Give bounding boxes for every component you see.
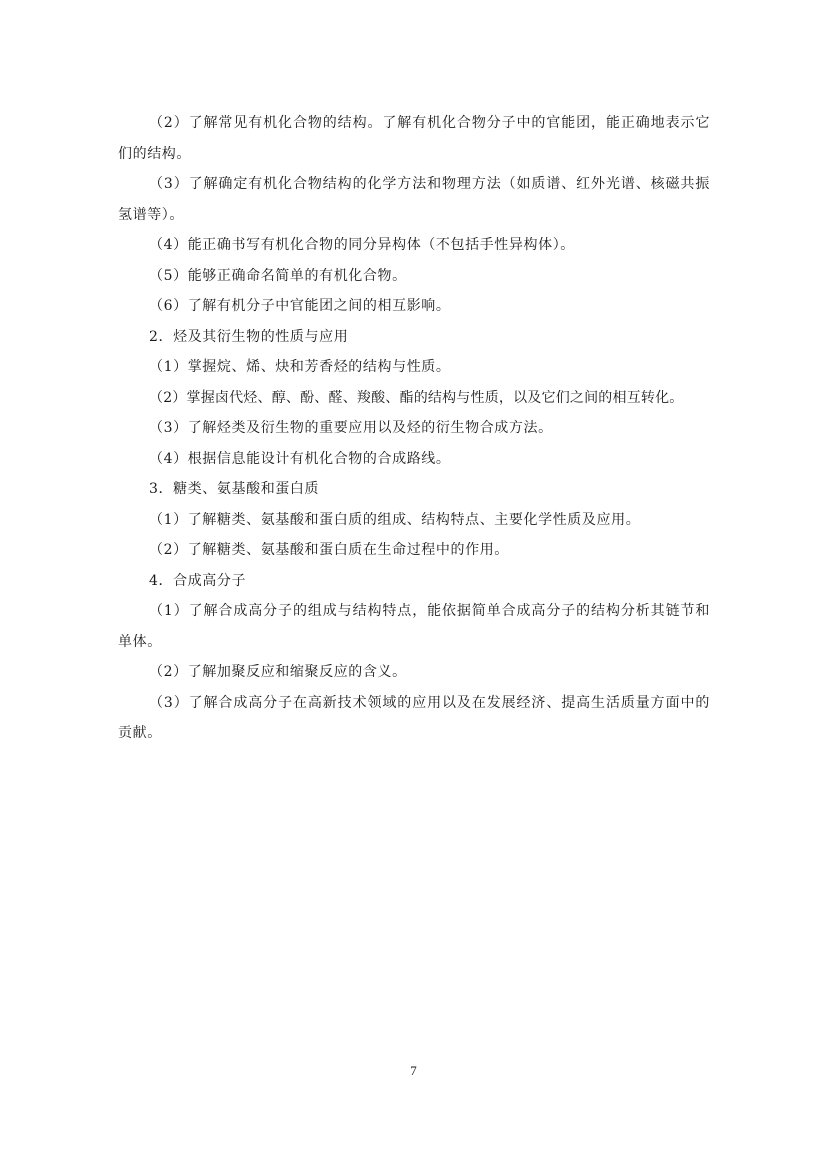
paragraph-2-structure: （2）了解常见有机化合物的结构。了解有机化合物分子中的官能团，能正确地表示它们的… xyxy=(118,108,710,169)
paragraph-hydrocarbons-1: （1）掌握烷、烯、炔和芳香烃的结构与性质。 xyxy=(118,352,710,383)
section-heading-2: 2．烃及其衍生物的性质与应用 xyxy=(118,322,710,353)
paragraph-polymers-3: （3）了解合成高分子在高新技术领域的应用以及在发展经济、提高生活质量方面中的贡献… xyxy=(118,688,710,749)
paragraph-sugars-1: （1）了解糖类、氨基酸和蛋白质的组成、结构特点、主要化学性质及应用。 xyxy=(118,505,710,536)
document-page: （2）了解常见有机化合物的结构。了解有机化合物分子中的官能团，能正确地表示它们的… xyxy=(0,0,827,1169)
paragraph-4-isomers: （4）能正确书写有机化合物的同分异构体（不包括手性异构体）。 xyxy=(118,230,710,261)
paragraph-hydrocarbons-2: （2）掌握卤代烃、醇、酚、醛、羧酸、酯的结构与性质，以及它们之间的相互转化。 xyxy=(118,383,710,414)
paragraph-3-methods: （3）了解确定有机化合物结构的化学方法和物理方法（如质谱、红外光谱、核磁共振氢谱… xyxy=(118,169,710,230)
paragraph-polymers-2: （2）了解加聚反应和缩聚反应的含义。 xyxy=(118,657,710,688)
section-heading-4: 4．合成高分子 xyxy=(118,566,710,597)
document-body: （2）了解常见有机化合物的结构。了解有机化合物分子中的官能团，能正确地表示它们的… xyxy=(118,108,710,749)
paragraph-5-naming: （5）能够正确命名简单的有机化合物。 xyxy=(118,261,710,292)
page-number: 7 xyxy=(0,1063,827,1079)
paragraph-sugars-2: （2）了解糖类、氨基酸和蛋白质在生命过程中的作用。 xyxy=(118,535,710,566)
paragraph-hydrocarbons-3: （3）了解烃类及衍生物的重要应用以及烃的衍生物合成方法。 xyxy=(118,413,710,444)
section-heading-3: 3．糖类、氨基酸和蛋白质 xyxy=(118,474,710,505)
paragraph-hydrocarbons-4: （4）根据信息能设计有机化合物的合成路线。 xyxy=(118,444,710,475)
paragraph-6-interaction: （6）了解有机分子中官能团之间的相互影响。 xyxy=(118,291,710,322)
paragraph-polymers-1: （1）了解合成高分子的组成与结构特点，能依据简单合成高分子的结构分析其链节和单体… xyxy=(118,596,710,657)
